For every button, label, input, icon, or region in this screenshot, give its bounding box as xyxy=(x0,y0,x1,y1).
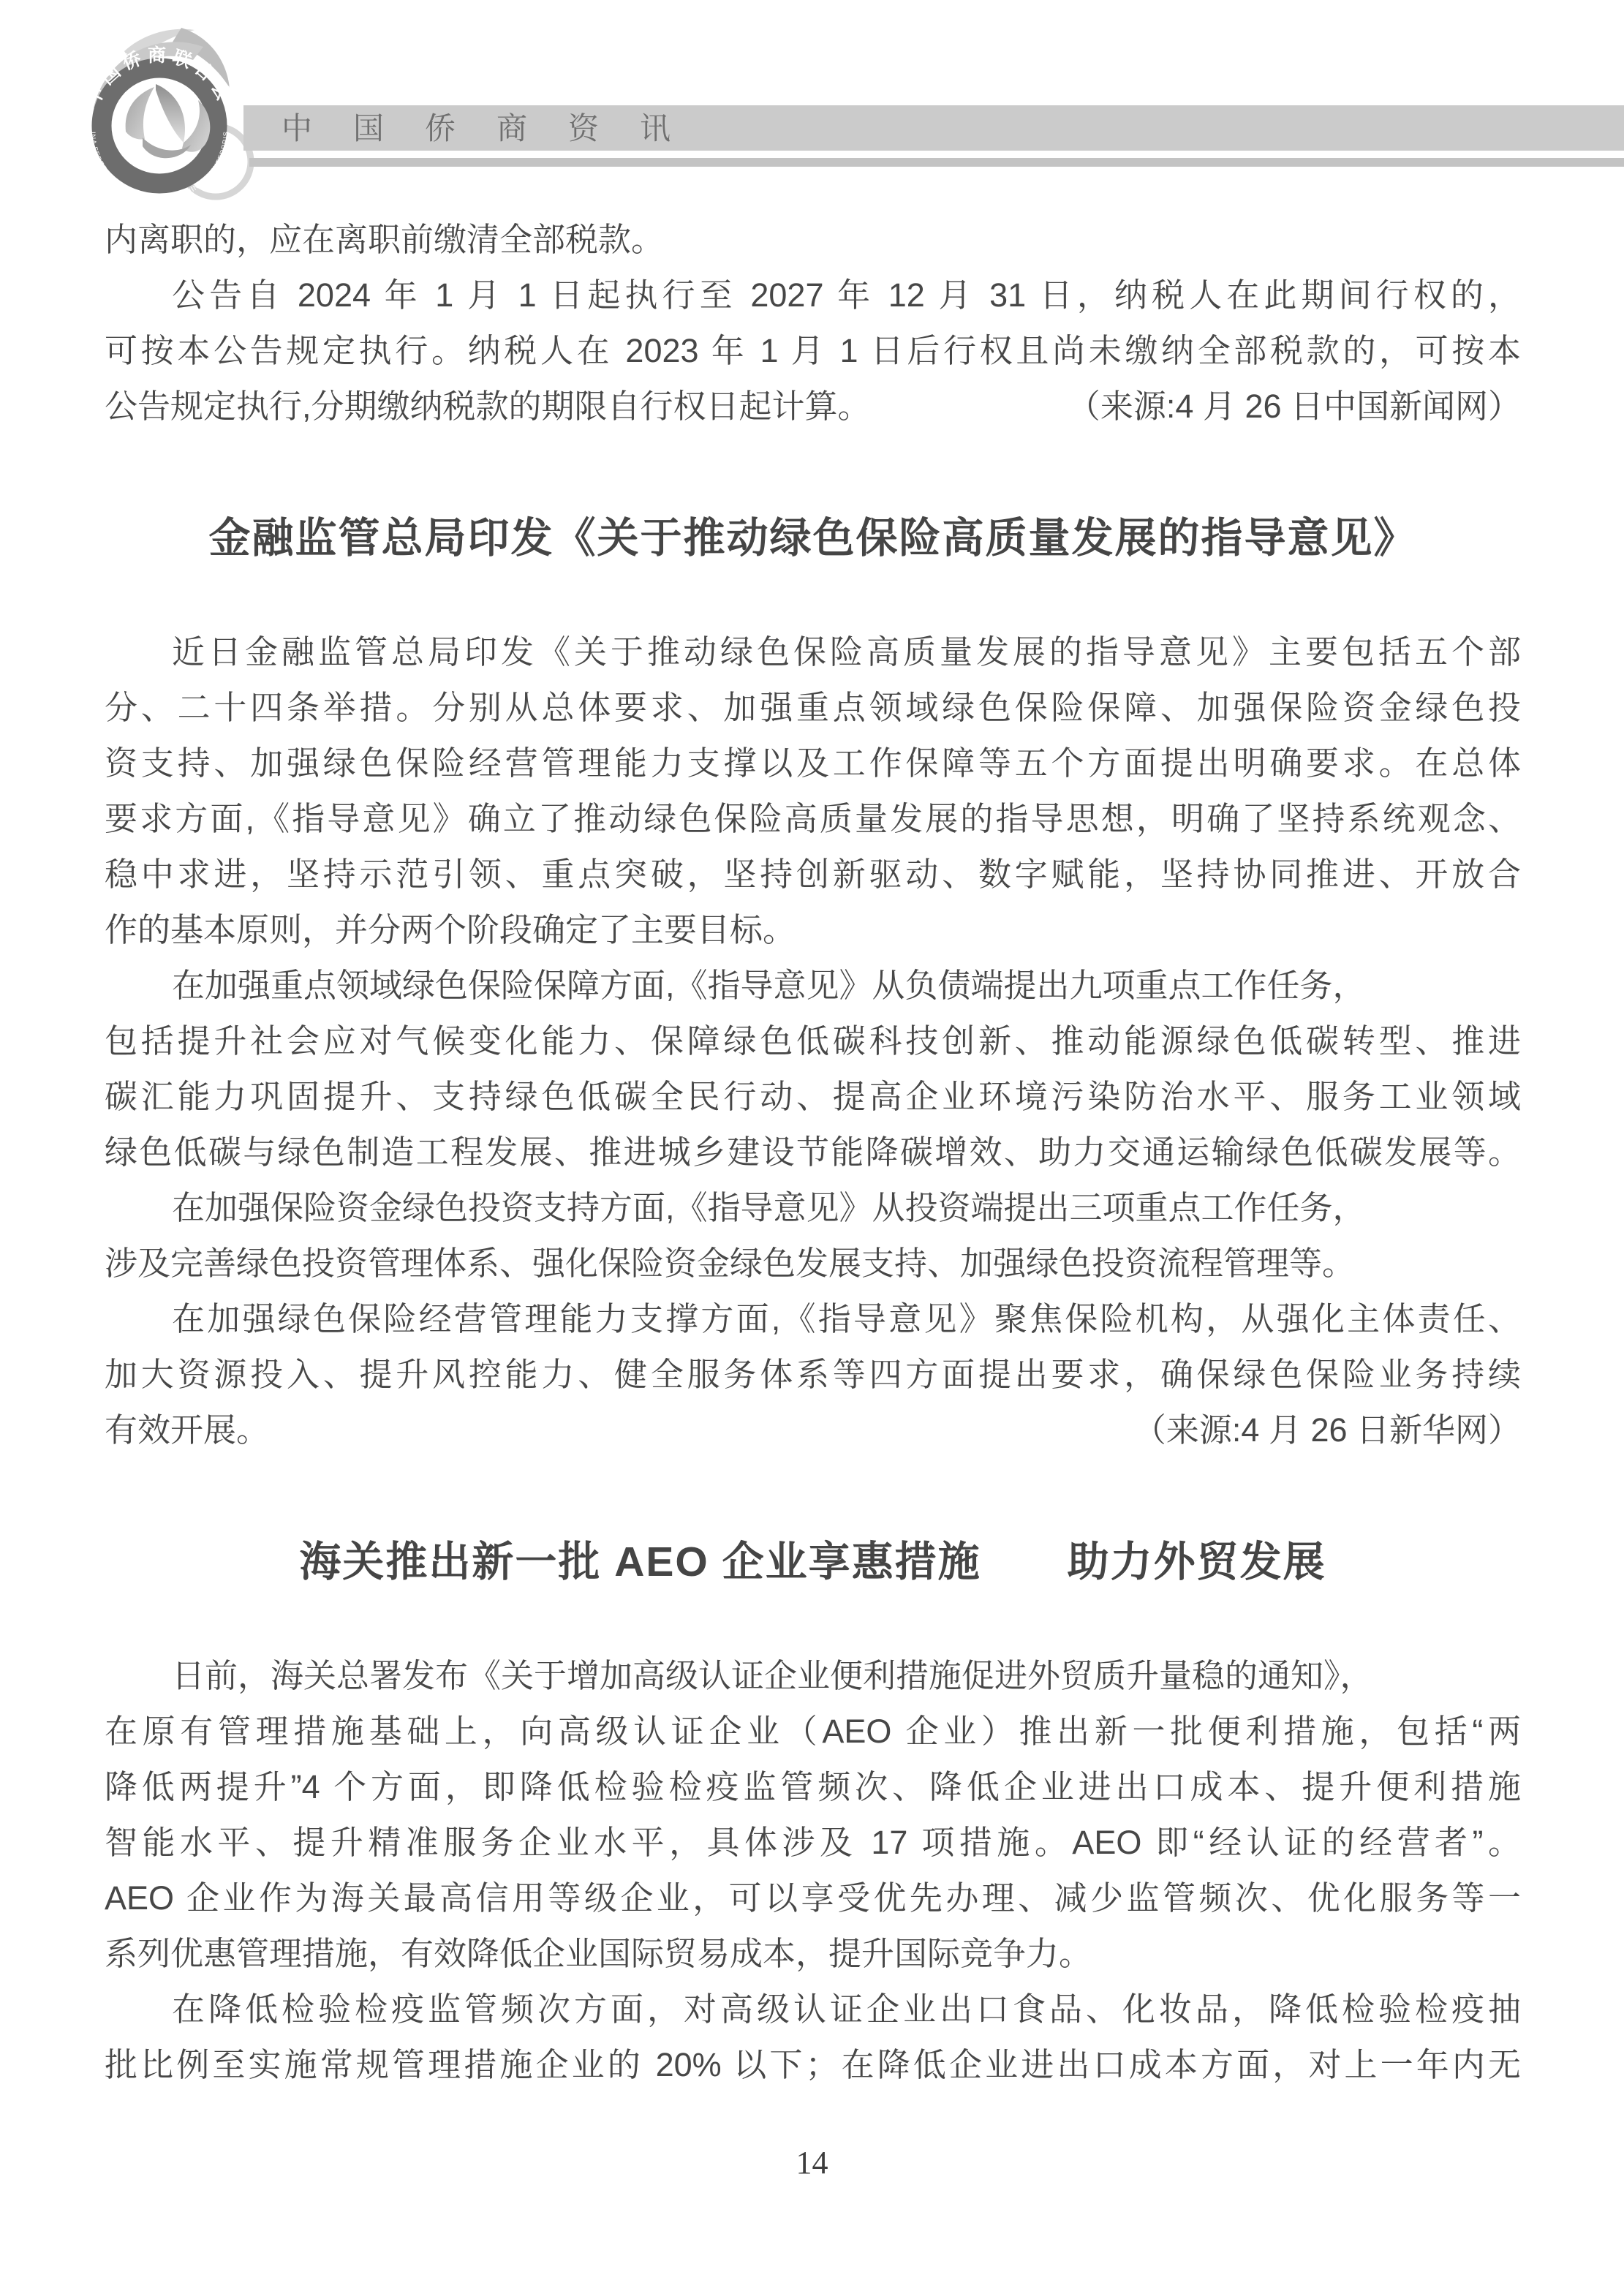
text-line: 作的基本原则，并分两个阶段确定了主要目标。 xyxy=(105,902,1521,958)
text-line: 内离职的，应在离职前缴清全部税款。 xyxy=(105,212,1521,268)
text-line: 批比例至实施常规管理措施企业的 20% 以下；在降低企业进出口成本方面，对上一年… xyxy=(105,2037,1521,2093)
text-line: 在原有管理措施基础上，向高级认证企业（AEO 企业）推出新一批便利措施，包括“两 xyxy=(105,1704,1521,1759)
masthead-title: 中国侨商资讯 xyxy=(282,105,711,151)
text-line: 要求方面,《指导意见》确立了推动绿色保险高质量发展的指导思想，明确了坚持系统观念… xyxy=(105,791,1521,847)
text-line: 公告自 2024 年 1 月 1 日起执行至 2027 年 12 月 31 日，… xyxy=(105,268,1521,323)
article-heading: 金融监管总局印发《关于推动绿色保险高质量发展的指导意见》 xyxy=(105,505,1521,572)
text-line: 系列优惠管理措施，有效降低企业国际贸易成本，提升国际竞争力。 xyxy=(105,1926,1521,1982)
newsletter-page: 中国侨商联合会 CHINA FEDERATION OF OVERSEAS CHI… xyxy=(0,0,1624,2272)
text-line: 公告规定执行,分期缴纳税款的期限自行权日起计算。 xyxy=(105,379,871,434)
text-line: 碳汇能力巩固提升、支持绿色低碳全民行动、提高企业环境污染防治水平、服务工业领域 xyxy=(105,1069,1521,1125)
text-line: 涉及完善绿色投资管理体系、强化保险资金绿色发展支持、加强绿色投资流程管理等。 xyxy=(105,1236,1521,1291)
text-line: 分、二十四条举措。分别从总体要求、加强重点领域绿色保险保障、加强保险资金绿色投 xyxy=(105,680,1521,736)
text-line: 可按本公告规定执行。纳税人在 2023 年 1 月 1 日后行权且尚未缴纳全部税… xyxy=(105,323,1521,379)
text-line: 降低两提升”4 个方面，即降低检验检疫监管频次、降低企业进出口成本、提升便利措施 xyxy=(105,1759,1521,1815)
article-heading: 海关推出新一批 AEO 企业享惠措施 助力外贸发展 xyxy=(105,1528,1521,1596)
text-line: 近日金融监管总局印发《关于推动绿色保险高质量发展的指导意见》主要包括五个部 xyxy=(105,624,1521,680)
text-line: 在加强保险资金绿色投资支持方面,《指导意见》从投资端提出三项重点工作任务， xyxy=(105,1180,1521,1236)
text-line: 有效开展。 xyxy=(105,1403,269,1458)
source-line: 公告规定执行,分期缴纳税款的期限自行权日起计算。（来源:4 月 26 日中国新闻… xyxy=(105,379,1521,434)
text-line: 日前，海关总署发布《关于增加高级认证企业便利措施促进外贸质升量稳的通知》， xyxy=(105,1648,1521,1704)
text-line: 绿色低碳与绿色制造工程发展、推进城乡建设节能降碳增效、助力交通运输绿色低碳发展等… xyxy=(105,1125,1521,1180)
text-line: 包括提升社会应对气候变化能力、保障绿色低碳科技创新、推动能源绿色低碳转型、推进 xyxy=(105,1014,1521,1069)
text-line: 稳中求进，坚持示范引领、重点突破，坚持创新驱动、数字赋能，坚持协同推进、开放合 xyxy=(105,847,1521,902)
masthead-bar: 中国侨商资讯 xyxy=(243,105,1624,151)
text-line: 在加强绿色保险经营管理能力支撑方面,《指导意见》聚焦保险机构，从强化主体责任、 xyxy=(105,1291,1521,1347)
text-line: 加大资源投入、提升风控能力、健全服务体系等四方面提出要求，确保绿色保险业务持续 xyxy=(105,1347,1521,1403)
text-line: 在加强重点领域绿色保险保障方面,《指导意见》从负债端提出九项重点工作任务， xyxy=(105,958,1521,1014)
text-line: 资支持、加强绿色保险经营管理能力支撑以及工作保障等五个方面提出明确要求。在总体 xyxy=(105,736,1521,791)
source-attribution: （来源:4 月 26 日新华网） xyxy=(1133,1403,1521,1458)
source-attribution: （来源:4 月 26 日中国新闻网） xyxy=(1068,379,1521,434)
source-line: 有效开展。（来源:4 月 26 日新华网） xyxy=(105,1403,1521,1458)
text-line: AEO 企业作为海关最高信用等级企业，可以享受优先办理、减少监管频次、优化服务等… xyxy=(105,1871,1521,1926)
article-flow: 内离职的，应在离职前缴清全部税款。公告自 2024 年 1 月 1 日起执行至 … xyxy=(105,212,1521,2093)
text-line: 智能水平、提升精准服务企业水平，具体涉及 17 项措施。AEO 即“经认证的经营… xyxy=(105,1815,1521,1871)
text-line: 在降低检验检疫监管频次方面，对高级认证企业出口食品、化妆品，降低检验检疫抽 xyxy=(105,1982,1521,2037)
page-number: 14 xyxy=(0,2144,1624,2181)
masthead-underline xyxy=(249,158,1624,167)
